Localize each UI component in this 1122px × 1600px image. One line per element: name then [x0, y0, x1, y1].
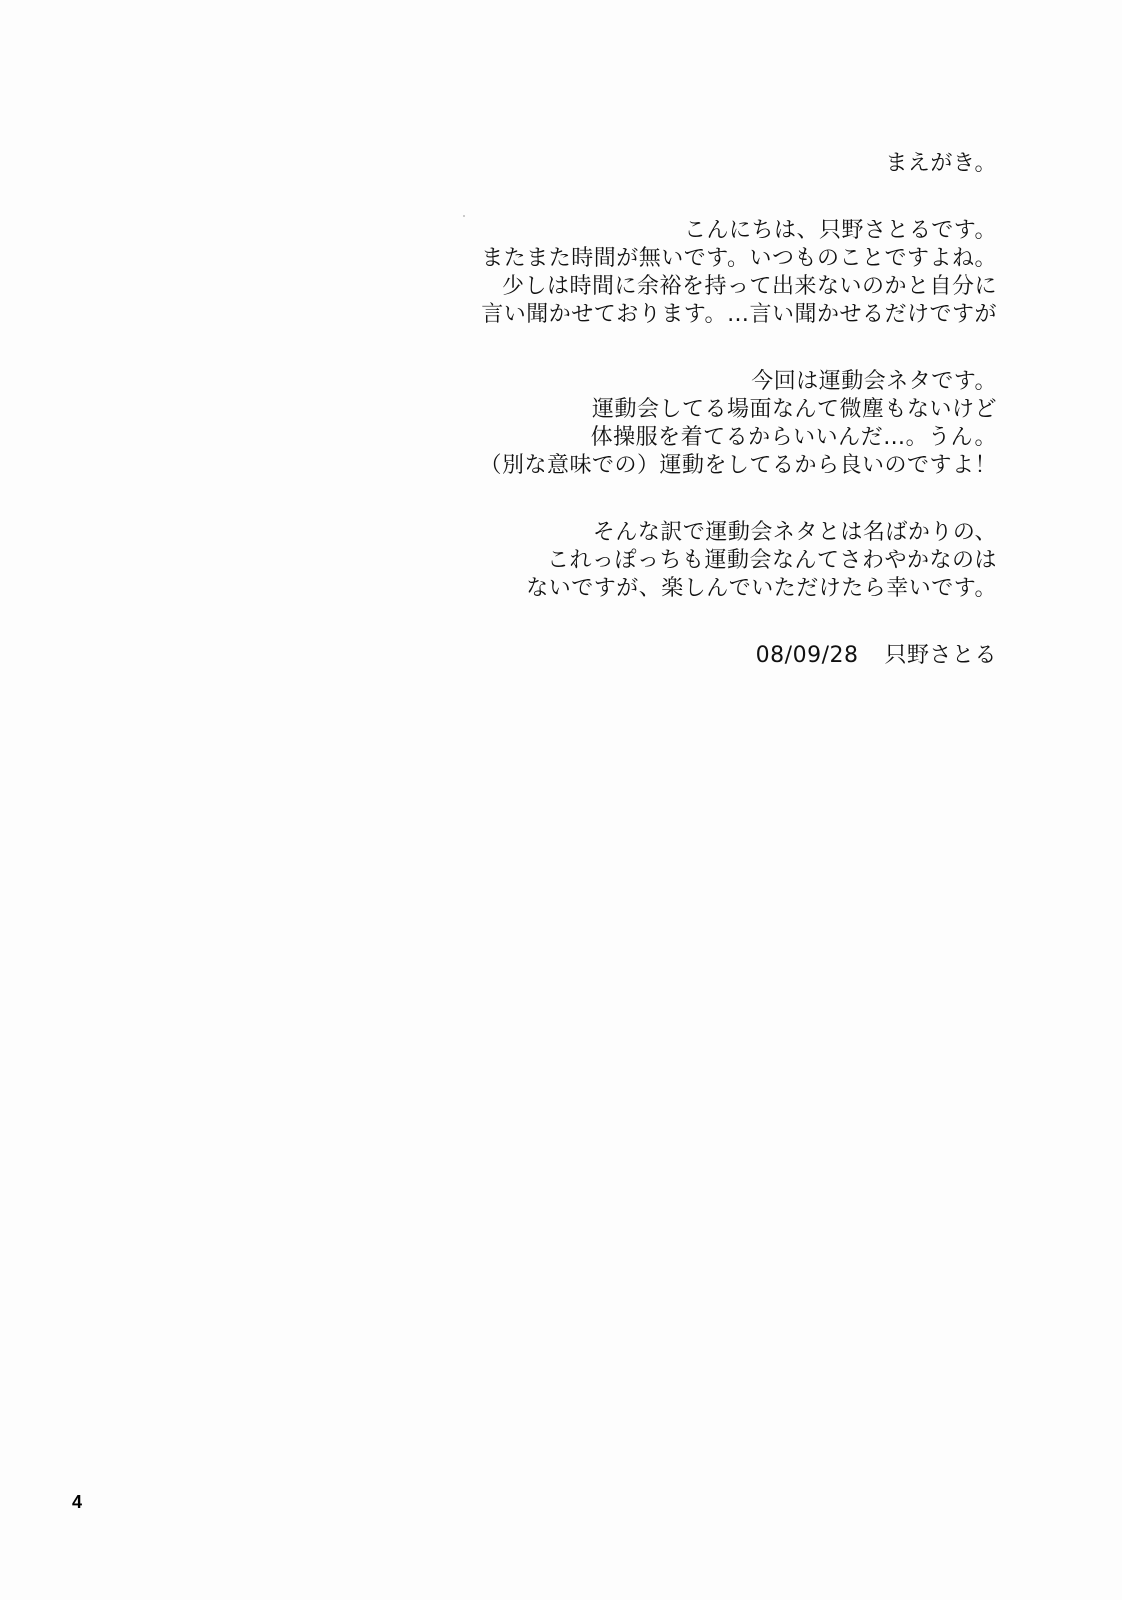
foreword-paragraph-3: そんな訳で運動会ネタとは名ばかりの、 これっぽっちも運動会なんてさわやかなのは …: [479, 519, 997, 603]
page-number: 4: [72, 1492, 82, 1513]
signature: 08/09/28只野さとる: [479, 642, 997, 670]
text-line: 言い聞かせております。…言い聞かせるだけですが: [479, 301, 997, 329]
text-line: これっぽっちも運動会なんてさわやかなのは: [479, 547, 997, 575]
foreword-section: まえがき。 こんにちは、只野さとるです。 またまた時間が無いです。いつものことで…: [479, 150, 997, 670]
foreword-title: まえがき。: [479, 150, 997, 178]
scan-speck: [463, 215, 465, 217]
text-line: そんな訳で運動会ネタとは名ばかりの、: [479, 519, 997, 547]
foreword-paragraph-1: こんにちは、只野さとるです。 またまた時間が無いです。いつものことですよね。 少…: [479, 217, 997, 329]
text-line: 体操服を着てるからいいんだ…。うん。: [479, 424, 997, 452]
text-line: （別な意味での）運動をしてるから良いのですよ！: [479, 452, 997, 480]
signature-author: 只野さとる: [884, 643, 997, 668]
signature-date: 08/09/28: [756, 643, 859, 668]
text-line: ないですが、楽しんでいただけたら幸いです。: [479, 575, 997, 603]
text-line: 今回は運動会ネタです。: [479, 368, 997, 396]
text-line: こんにちは、只野さとるです。: [479, 217, 997, 245]
foreword-paragraph-2: 今回は運動会ネタです。 運動会してる場面なんて微塵もないけど 体操服を着てるから…: [479, 368, 997, 480]
document-page: まえがき。 こんにちは、只野さとるです。 またまた時間が無いです。いつものことで…: [0, 0, 1122, 1600]
text-line: 運動会してる場面なんて微塵もないけど: [479, 396, 997, 424]
text-line: 少しは時間に余裕を持って出来ないのかと自分に: [479, 273, 997, 301]
text-line: またまた時間が無いです。いつものことですよね。: [479, 245, 997, 273]
